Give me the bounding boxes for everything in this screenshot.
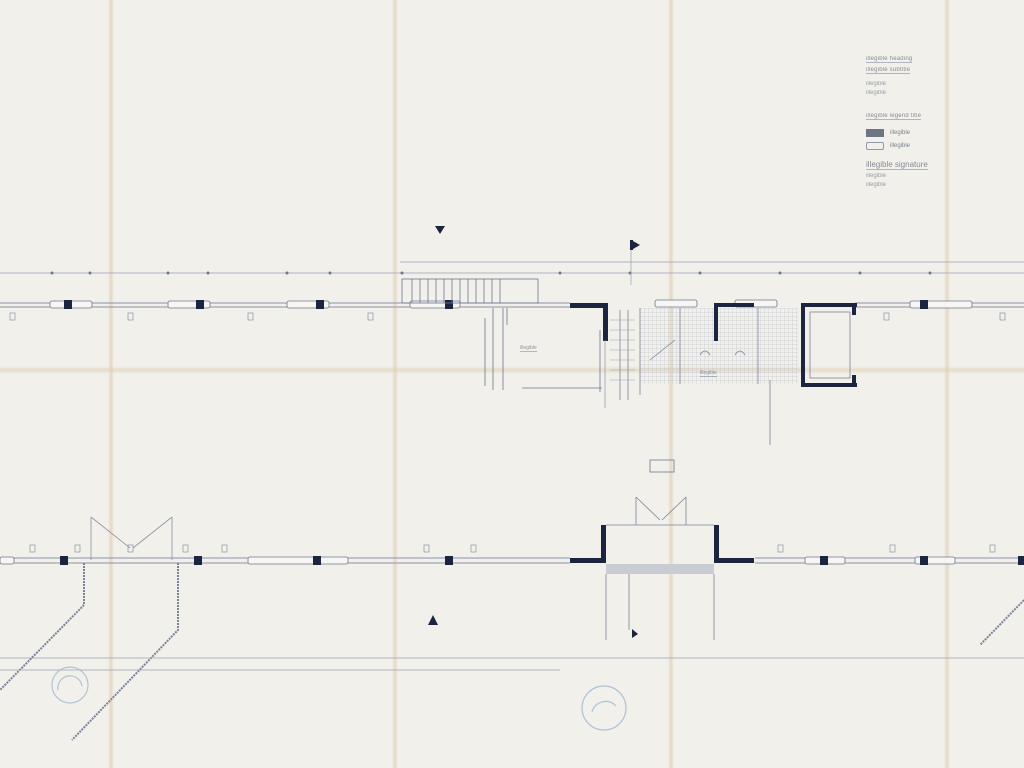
left-room <box>485 308 602 392</box>
entrance-walls <box>570 525 754 563</box>
title-block: illegible heading illegible subtitle ill… <box>866 56 1016 191</box>
note-2: illegible <box>866 182 1016 188</box>
title-line-2: illegible subtitle <box>866 67 910 74</box>
lower-column-marks <box>30 545 995 552</box>
empty-swatch-icon <box>866 142 884 150</box>
section-marker-top <box>435 226 640 250</box>
lower-pillars <box>60 556 1024 565</box>
staircase <box>402 279 538 303</box>
note-1: illegible <box>866 173 1016 179</box>
center-stair-lines <box>610 320 635 380</box>
upper-wall-line <box>0 303 1024 307</box>
legend-title: illegible legend title <box>866 113 921 120</box>
signature: illegible signature <box>866 161 928 170</box>
title-line-4: illegible <box>866 90 1016 96</box>
door-swing-left <box>91 517 172 560</box>
blueprint-sheet: illegible illegible illegible heading il… <box>0 0 1024 768</box>
room-tag <box>650 460 674 472</box>
filled-swatch-icon <box>866 129 884 137</box>
entrance-step <box>606 564 714 574</box>
title-line-3: illegible <box>866 81 1016 87</box>
title-line-1: illegible heading <box>866 56 912 63</box>
lower-dimension-line <box>0 658 1024 670</box>
section-marker-bottom <box>428 615 638 638</box>
toilet-block-hatch <box>640 308 798 384</box>
room-label-center: illegible <box>700 370 717 377</box>
legend-item-filled: illegible <box>866 129 1016 137</box>
left-room-wall <box>570 303 608 341</box>
ramp-lines <box>0 563 1024 740</box>
lower-wall-line <box>0 558 1024 563</box>
official-stamp <box>52 667 626 730</box>
legend-item-empty: illegible <box>866 142 1016 150</box>
room-label-left: illegible <box>520 345 537 352</box>
upper-dimension-line <box>0 262 1024 273</box>
